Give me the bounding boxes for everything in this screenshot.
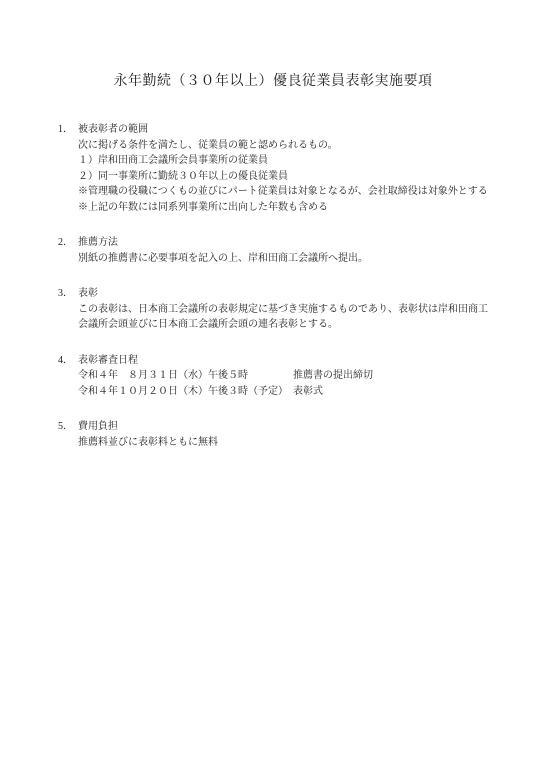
document-page: 永年勤続（３０年以上）優良従業員表彰実施要項 1．被表彰者の範囲 次に掲げる条件… (0, 0, 543, 768)
section-number: 5． (58, 419, 78, 435)
section-heading: 費用負担 (78, 421, 118, 432)
body-line: １）岸和田商工会議所会員事業所の従業員 (78, 153, 488, 169)
section-cost-burden: 5．費用負担 推薦料並びに表彰料ともに無料 (58, 419, 488, 450)
section-heading: 表彰審査日程 (78, 355, 138, 366)
section-body: 別紙の推薦書に必要事項を記入の上、岸和田商工会議所へ提出。 (78, 251, 488, 267)
section-number: 3． (58, 286, 78, 302)
body-line: 推薦料並びに表彰料ともに無料 (78, 435, 488, 451)
section-body: 推薦料並びに表彰料ともに無料 (78, 435, 488, 451)
section-heading-row: 4．表彰審査日程 (58, 353, 488, 369)
schedule-datetime: 令和４年１０月２０日（木）午後３時（予定） (78, 384, 293, 400)
schedule-label: 表彰式 (293, 384, 323, 400)
body-line: 別紙の推薦書に必要事項を記入の上、岸和田商工会議所へ提出。 (78, 251, 488, 267)
schedule-datetime: 令和４年 ８月３１日（水）午後５時 (78, 368, 293, 384)
body-line: ２）同一事業所に勤続３０年以上の優良従業員 (78, 169, 488, 185)
section-number: 2． (58, 235, 78, 251)
section-heading-row: 3．表彰 (58, 286, 488, 302)
section-number: 4． (58, 353, 78, 369)
section-body: この表彰は、日本商工会議所の表彰規定に基づき実施するものであり、表彰状は岸和田商… (78, 302, 488, 333)
section-heading-row: 5．費用負担 (58, 419, 488, 435)
body-line: ※管理職の役職につくもの並びにパート従業員は対象となるが、会社取締役は対象外とす… (78, 184, 488, 200)
section-recipient-scope: 1．被表彰者の範囲 次に掲げる条件を満たし、従業員の範と認められるもの。 １）岸… (58, 122, 488, 215)
section-heading: 被表彰者の範囲 (78, 124, 148, 135)
document-title: 永年勤続（３０年以上）優良従業員表彰実施要項 (58, 71, 488, 92)
body-line: この表彰は、日本商工会議所の表彰規定に基づき実施するものであり、表彰状は岸和田商… (78, 302, 488, 318)
section-heading: 表彰 (78, 288, 98, 299)
section-number: 1． (58, 122, 78, 138)
section-body: 令和４年 ８月３１日（水）午後５時 推薦書の提出締切 令和４年１０月２０日（木）… (78, 368, 488, 399)
section-recommendation-method: 2．推薦方法 別紙の推薦書に必要事項を記入の上、岸和田商工会議所へ提出。 (58, 235, 488, 266)
section-commendation: 3．表彰 この表彰は、日本商工会議所の表彰規定に基づき実施するものであり、表彰状… (58, 286, 488, 333)
body-line: ※上記の年数には同系列事業所に出向した年数も含める (78, 200, 488, 216)
schedule-row: 令和４年 ８月３１日（水）午後５時 推薦書の提出締切 (78, 368, 488, 384)
section-heading-row: 1．被表彰者の範囲 (58, 122, 488, 138)
body-line: 次に掲げる条件を満たし、従業員の範と認められるもの。 (78, 138, 488, 154)
body-line: 会議所会頭並びに日本商工会議所会頭の連名表彰とする。 (78, 317, 488, 333)
section-review-schedule: 4．表彰審査日程 令和４年 ８月３１日（水）午後５時 推薦書の提出締切 令和４年… (58, 353, 488, 400)
section-heading: 推薦方法 (78, 237, 118, 248)
schedule-row: 令和４年１０月２０日（木）午後３時（予定） 表彰式 (78, 384, 488, 400)
section-heading-row: 2．推薦方法 (58, 235, 488, 251)
section-body: 次に掲げる条件を満たし、従業員の範と認められるもの。 １）岸和田商工会議所会員事… (78, 138, 488, 216)
schedule-label: 推薦書の提出締切 (293, 368, 373, 384)
